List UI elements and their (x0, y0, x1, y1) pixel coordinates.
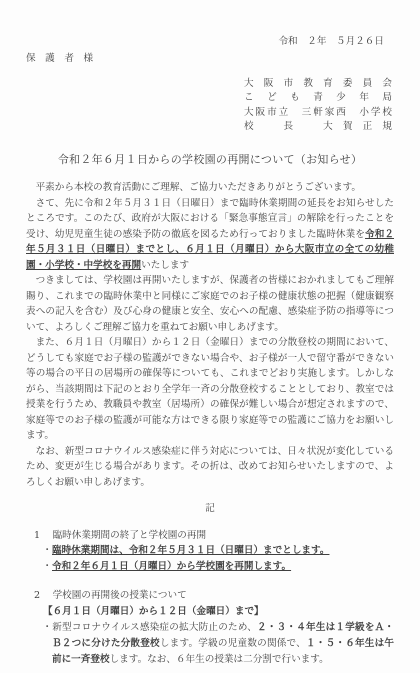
covid-text-2: します。学級の児童数の関係で、 (160, 638, 306, 649)
section-2-period-label: 【６月１日（月曜日）から１２日（金曜日）まで】 (26, 604, 394, 620)
covid-text-3: します。なお、６年生の授業は二分割で行います。 (110, 654, 329, 665)
section-1-number: 1 (34, 528, 44, 544)
sender-bureau: こども青少年局 (244, 91, 392, 105)
bullet-marker: ・ (42, 545, 52, 556)
letter-document: 令和 ２年 ５月２６日 保 護 者 様 大阪市教育委員会 こども青少年局 大阪市… (0, 0, 420, 673)
section-2-heading: 2学校園の再開後の授業について (26, 588, 394, 604)
reopen-text-after: いたします (141, 260, 189, 271)
section-1-item-2: ・令和２年６月１日（月曜日）から学校園を再開します。 (26, 559, 394, 575)
covid-text-1: 新型コロナウイルス感染症の拡大防止のため、 (52, 622, 257, 633)
closure-end-text: 臨時休業期間は、令和２年５月３１日（日曜日）までとします。 (52, 545, 329, 556)
letter-date: 令和 ２年 ５月２６日 (26, 34, 394, 50)
section-1-title: 臨時休業期間の終了と学校園の再開 (53, 530, 207, 541)
bullet-marker: ・ (42, 622, 52, 633)
letter-title: 令和２年６月１日からの学校園の再開について（お知らせ） (26, 152, 394, 168)
paragraph-supervision: また、６月１日（月曜日）から１２日（金曜日）までの分散登校の期間において、どうし… (26, 335, 394, 444)
section-2-item-1: ・新型コロナウイルス感染症の拡大防止のため、２・３・４年生は１学級をＡ・Ｂ２つに… (26, 620, 394, 668)
section-2-title: 学校園の再開後の授業について (53, 590, 187, 601)
section-1-item-1: ・臨時休業期間は、令和２年５月３１日（日曜日）までとします。 (26, 543, 394, 559)
bullet-marker: ・ (42, 561, 52, 572)
section-1-heading: 1臨時休業期間の終了と学校園の再開 (26, 528, 394, 544)
reopen-text-before: さて、先に令和２年５月３１日（日曜日）まで臨時休業期間の延長をお知らせしたところ… (26, 198, 394, 240)
section-1: 1臨時休業期間の終了と学校園の再開 ・臨時休業期間は、令和２年５月３１日（日曜日… (26, 528, 394, 576)
paragraph-reopen-notice: さて、先に令和２年５月３１日（日曜日）まで臨時休業期間の延長をお知らせしたところ… (26, 196, 394, 274)
section-2-number: 2 (34, 588, 44, 604)
paragraph-changes-notice: なお、新型コロナウイルス感染症に伴う対応については、日々状況が変化しているため、… (26, 444, 394, 491)
recipient: 保 護 者 様 (26, 51, 394, 67)
paragraph-greeting: 平素から本校の教育活動にご理解、ご協力いただきありがとうございます。 (26, 180, 394, 196)
sender-principal: 校 長 大賀正規 (244, 120, 392, 134)
reopen-date-text: 令和２年６月１日（月曜日）から学校園を再開します。 (52, 561, 291, 572)
sender-block: 大阪市教育委員会 こども青少年局 大阪市立 三軒家西 小学校 校 長 大賀正規 (26, 77, 394, 135)
ki-marker: 記 (26, 501, 394, 517)
paragraph-health-request: つきましては、学校園は再開いたしますが、保護者の皆様におかれましてもご理解賜り、… (26, 273, 394, 335)
sender-org: 大阪市教育委員会 (244, 77, 392, 91)
section-2: 2学校園の再開後の授業について 【６月１日（月曜日）から１２日（金曜日）まで】 … (26, 588, 394, 668)
sender-school: 大阪市立 三軒家西 小学校 (244, 106, 392, 120)
